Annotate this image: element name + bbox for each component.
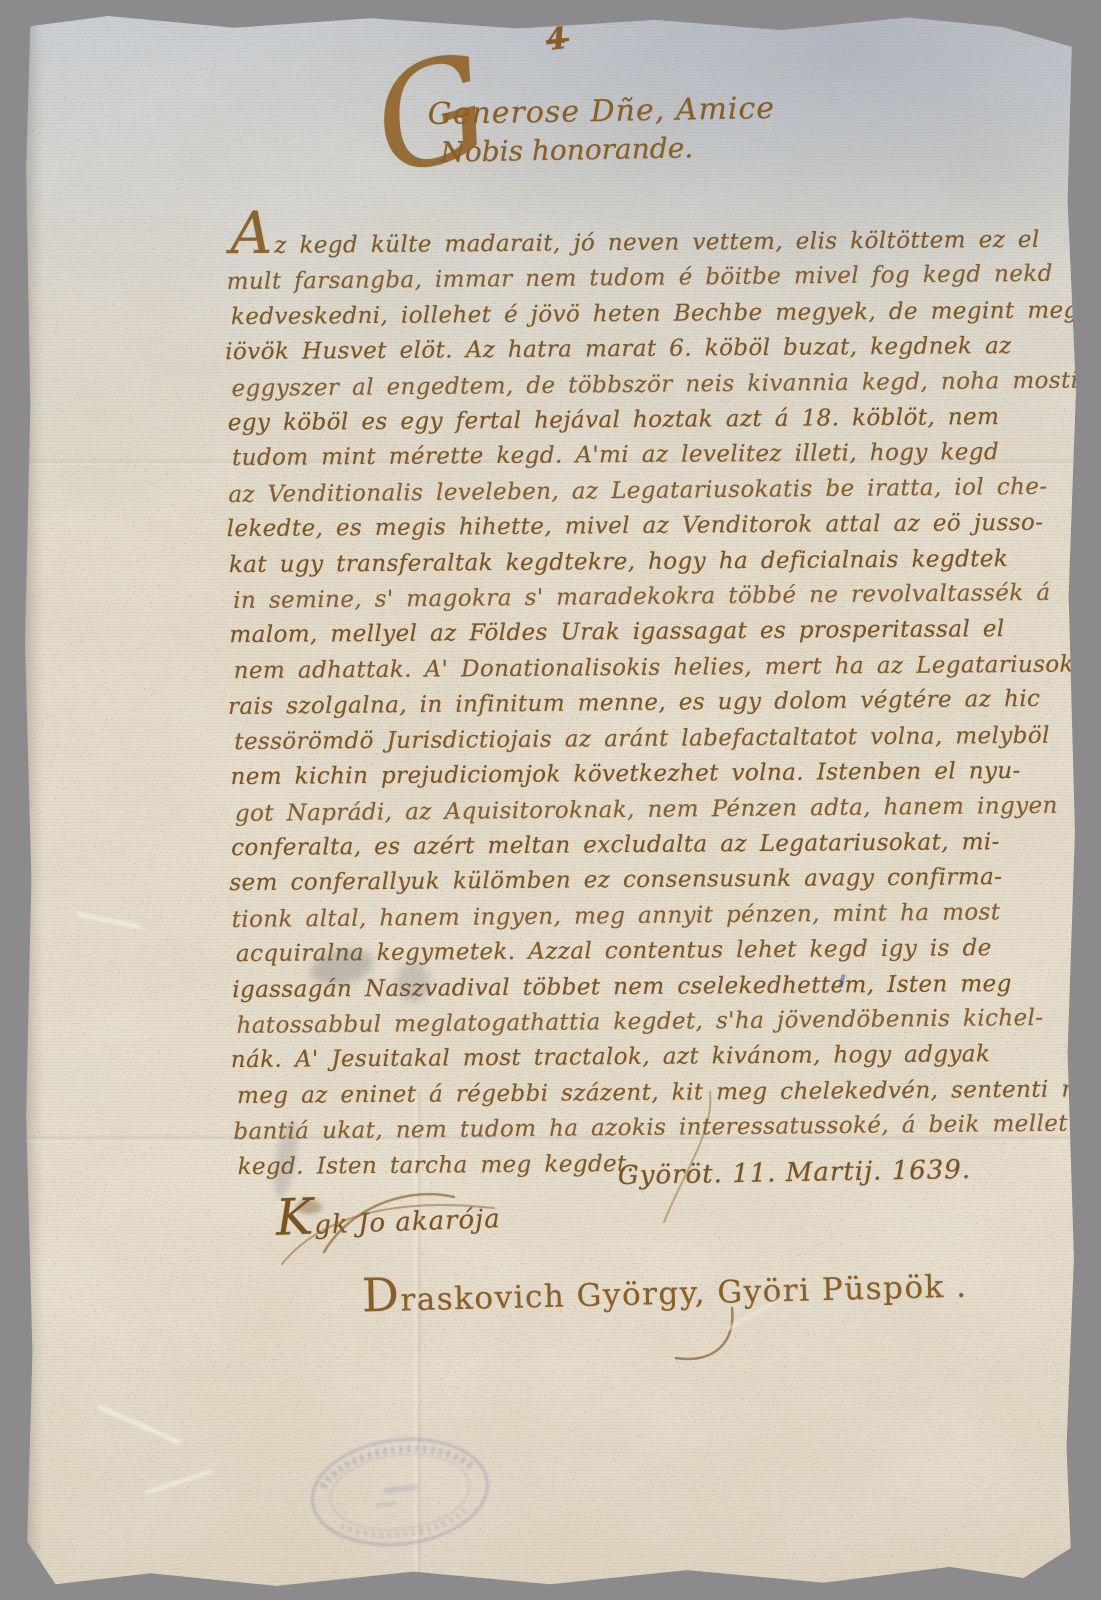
manuscript-line: tessörömdö Jurisdictiojais az aránt labe… [234,719,1030,761]
paper-scratch [76,911,142,930]
ink-blot [296,1200,322,1214]
salutation-line: Generose Dñe, Amice [427,91,775,132]
manuscript-line: got Naprádi, az Aquisitoroknak, nem Pénz… [235,789,1031,832]
page-number: 4 [544,21,570,58]
letter-body: Az kegd külte madarait, jó neven vettem,… [226,217,1034,1185]
paper-scratch [145,1469,213,1494]
left-fold-shadow [24,12,44,1589]
place-and-date: Györöt. 11. Martij. 1639. [618,1155,972,1191]
manuscript-line: lekedte, es megis hihette, mivel az Vend… [227,506,1029,548]
salutation-line: Nobis honorande. [440,130,776,169]
salutation-block: Generose Dñe, Amice Nobis honorande. [427,91,776,169]
manuscript-paper: 4 G Generose Dñe, Amice Nobis honorande.… [24,12,1076,1589]
archival-stamp [293,1414,508,1571]
manuscript-line: eggyszer al engedtem, de többször neis k… [231,364,1027,407]
gray-smudge [396,962,430,1002]
dark-spot [1052,1570,1061,1579]
scan-background: 4 G Generose Dñe, Amice Nobis honorande.… [0,0,1101,1600]
paper-scratch [97,1404,181,1445]
signature: Draskovich György, Györi Püspök . [362,1269,968,1320]
